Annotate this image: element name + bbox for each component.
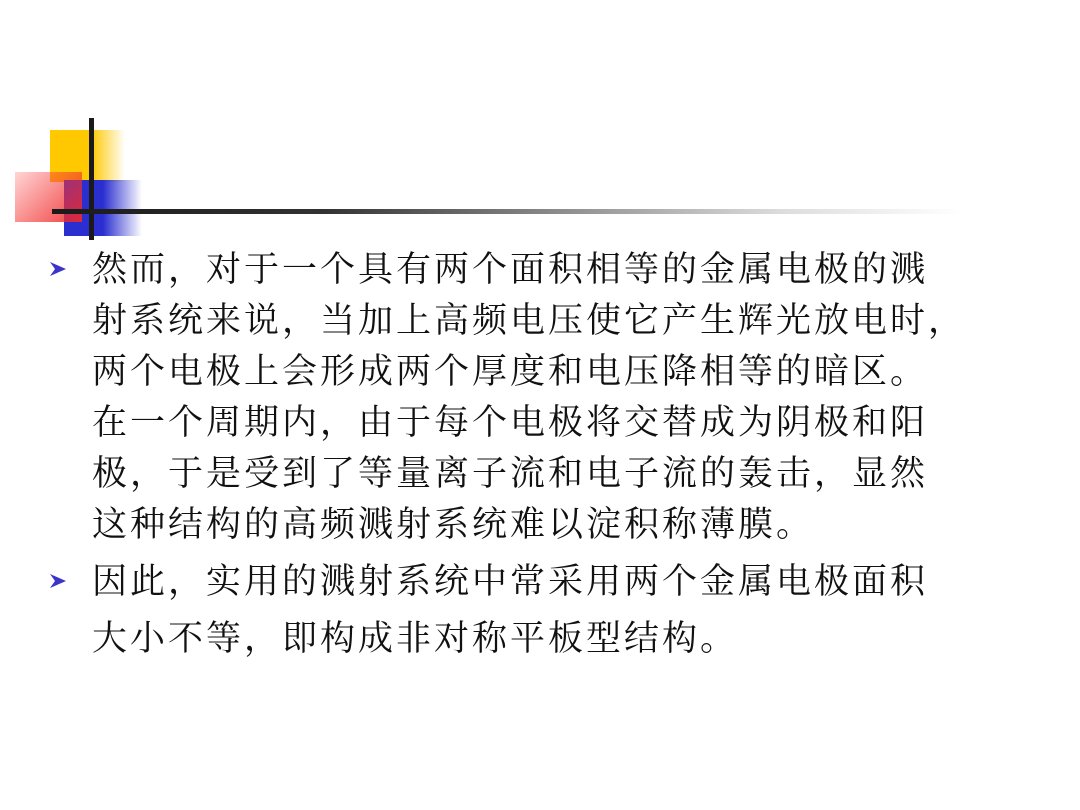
bullet-item: 然而，对于一个具有两个面积相等的金属电极的溅 射系统来说，当加上高频电压使它产生… xyxy=(50,245,1060,551)
slide-body: 然而，对于一个具有两个面积相等的金属电极的溅 射系统来说，当加上高频电压使它产生… xyxy=(50,245,1060,665)
decorative-red-square xyxy=(15,172,82,222)
bullet-text-line: 射系统来说，当加上高频电压使它产生辉光放电时， xyxy=(92,296,1060,347)
title-divider-line xyxy=(52,209,962,214)
bullet-text-line: 因此，实用的溅射系统中常采用两个金属电极面积 xyxy=(92,557,1060,608)
arrow-bullet-icon xyxy=(50,262,66,276)
bullet-text-line: 然而，对于一个具有两个面积相等的金属电极的溅 xyxy=(92,245,1060,296)
bullet-item: 因此，实用的溅射系统中常采用两个金属电极面积 大小不等，即构成非对称平板型结构。 xyxy=(50,557,1060,665)
bullet-text-line: 大小不等，即构成非对称平板型结构。 xyxy=(92,614,1060,665)
bullet-text-line: 在一个周期内，由于每个电极将交替成为阴极和阳 xyxy=(92,398,1060,449)
bullet-text-line: 这种结构的高频溅射系统难以淀积称薄膜。 xyxy=(92,500,1060,551)
bullet-text-line: 极，于是受到了等量离子流和电子流的轰击，显然 xyxy=(92,449,1060,500)
arrow-bullet-icon xyxy=(50,574,66,588)
bullet-text-line: 两个电极上会形成两个厚度和电压降相等的暗区。 xyxy=(92,347,1060,398)
decorative-vertical-line xyxy=(89,118,94,240)
